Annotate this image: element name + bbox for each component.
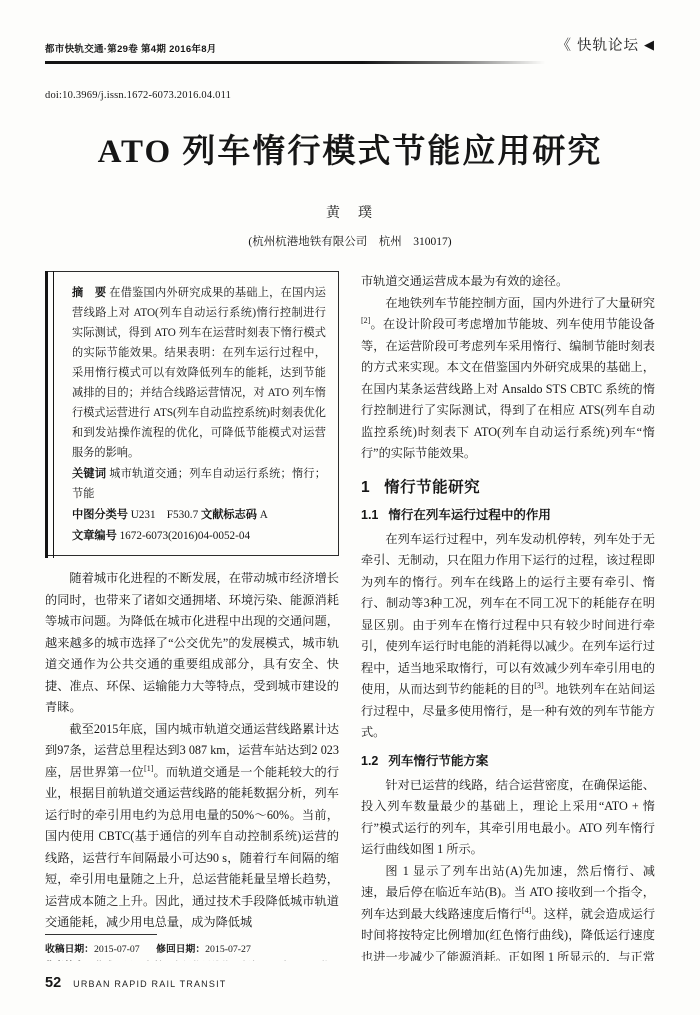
dates-line: 收稿日期：2015-07-07 修回日期：2015-07-27	[45, 941, 339, 958]
journal-name-english: URBAN RAPID RAIL TRANSIT	[73, 979, 226, 989]
received-date-label: 收稿日期：	[45, 944, 94, 955]
header-rule	[45, 61, 655, 64]
abstract-label: 摘 要	[72, 287, 106, 299]
received-date-value: 2015-07-07	[94, 944, 140, 955]
article-title: ATO 列车惰行模式节能应用研究	[45, 125, 655, 172]
abstract-paragraph: 摘 要 在借鉴国内外研究成果的基础上，在国内运营线路上对 ATO(列车自动运行系…	[72, 283, 326, 463]
section-number: 1.2	[361, 754, 378, 768]
two-column-body: 摘 要 在借鉴国内外研究成果的基础上，在国内运营线路上对 ATO(列车自动运行系…	[45, 271, 655, 961]
body-paragraph: 在列车运行过程中，列车发动机停转，列车处于无牵引、无制动，只在阻力作用下运行的过…	[361, 529, 655, 744]
author-affiliation: (杭州杭港地铁有限公司 杭州 310017)	[45, 233, 655, 249]
revised-date-label: 修回日期：	[156, 944, 205, 955]
clc-label: 中图分类号	[72, 509, 128, 521]
scanned-paper-page: 都市快轨交通·第29卷 第4期 2016年8月 《 快轨论坛 ◀ doi:10.…	[0, 0, 700, 1015]
author-bio-label: 作者简介：	[45, 961, 94, 962]
keywords-label: 关键词	[72, 468, 106, 480]
clc-value: U231 F530.7	[131, 509, 198, 521]
section-heading-1-1: 1.1惰行在列车运行过程中的作用	[361, 505, 655, 523]
forum-section-label: 快轨论坛	[577, 34, 639, 55]
doc-code-value: A	[260, 509, 268, 521]
guillemet-mark: 《	[557, 34, 573, 55]
section-number: 1.1	[361, 508, 378, 522]
abstract-box: 摘 要 在借鉴国内外研究成果的基础上，在国内运营线路上对 ATO(列车自动运行系…	[45, 271, 339, 556]
right-column: 市轨道交通运营成本最为有效的途径。 在地铁列车节能控制方面，国内外进行了大量研究…	[361, 271, 655, 961]
section-heading-1: 1惰行节能研究	[361, 475, 655, 497]
left-triangle-icon: ◀	[644, 37, 655, 53]
section-heading-1-2: 1.2列车惰行节能方案	[361, 751, 655, 769]
body-paragraph: 图 1 显示了列车出站(A)先加速，然后惰行、减速，最后停在临近车站(B)。当 …	[361, 861, 655, 962]
author-name: 黄 璞	[45, 202, 655, 222]
author-bio-line: 作者简介：黄璞，男，本科，高级信号维修工程师，从事 CBTC 信号设备的开发、维…	[45, 958, 339, 962]
body-paragraph: 在地铁列车节能控制方面，国内外进行了大量研究[2]。在设计阶段可考虑增加节能坡、…	[361, 293, 655, 465]
author-bio-text: 黄璞，男，本科，高级信号维修工程师，从事 CBTC 信号设备的开发、维护研究，h…	[94, 961, 330, 962]
clc-line: 中图分类号 U231 F530.7 文献标志码 A	[72, 505, 326, 525]
section-title: 列车惰行节能方案	[388, 754, 488, 768]
keywords-text: 城市轨道交通；列车自动运行系统；惰行；节能	[72, 468, 326, 500]
forum-section-badge: 《 快轨论坛 ◀	[557, 34, 656, 55]
abstract-text: 在借鉴国内外研究成果的基础上，在国内运营线路上对 ATO(列车自动运行系统)惰行…	[72, 287, 326, 459]
footnote-block: 收稿日期：2015-07-07 修回日期：2015-07-27 作者简介：黄璞，…	[45, 934, 339, 962]
revised-date-value: 2015-07-27	[205, 944, 251, 955]
article-id-label: 文章编号	[72, 530, 117, 542]
keywords-line: 关键词 城市轨道交通；列车自动运行系统；惰行；节能	[72, 464, 326, 504]
page-number: 52	[45, 975, 61, 991]
body-paragraph: 截至2015年底，国内城市轨道交通运营线路累计达到97条，运营总里程达到3 08…	[45, 719, 339, 934]
page-header: 都市快轨交通·第29卷 第4期 2016年8月 《 快轨论坛 ◀	[45, 34, 655, 55]
body-paragraph: 市轨道交通运营成本最为有效的途径。	[361, 271, 655, 293]
body-paragraph: 随着城市化进程的不断发展，在带动城市经济增长的同时，也带来了诸如交通拥堵、环境污…	[45, 568, 339, 719]
article-id-value: 1672-6073(2016)04-0052-04	[120, 530, 251, 542]
footnote-rule	[45, 934, 157, 935]
body-paragraph: 针对已运营的线路，结合运营密度，在确保运能、投入列车数量最少的基础上，理论上采用…	[361, 775, 655, 861]
journal-issue-info: 都市快轨交通·第29卷 第4期 2016年8月	[45, 41, 217, 55]
section-title: 惰行在列车运行过程中的作用	[388, 508, 551, 522]
article-id-line: 文章编号 1672-6073(2016)04-0052-04	[72, 526, 326, 546]
section-title: 惰行节能研究	[384, 479, 480, 496]
section-number: 1	[361, 479, 370, 496]
doc-code-label: 文献标志码	[201, 509, 257, 521]
left-column: 摘 要 在借鉴国内外研究成果的基础上，在国内运营线路上对 ATO(列车自动运行系…	[45, 271, 339, 961]
doi-line: doi:10.3969/j.issn.1672-6073.2016.04.011	[45, 90, 655, 101]
page-footer: 52 URBAN RAPID RAIL TRANSIT	[45, 975, 655, 991]
